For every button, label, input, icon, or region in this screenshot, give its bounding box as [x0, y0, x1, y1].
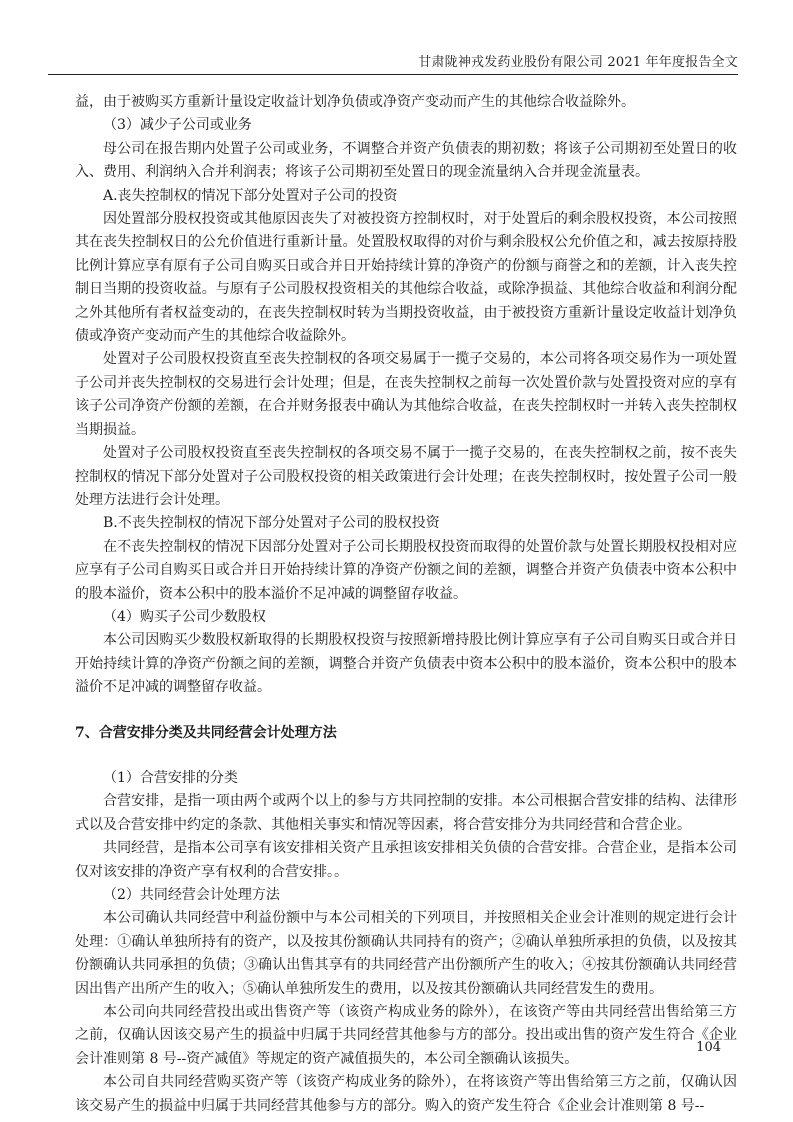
paragraph: 处置对子公司股权投资直至丧失控制权的各项交易属于一揽子交易的，本公司将各项交易作…: [75, 348, 737, 442]
paragraph: 本公司因购买少数股权新取得的长期股权投资与按照新增持股比例计算应享有子公司自购买…: [75, 629, 737, 699]
paragraph: 合营安排，是指一项由两个或两个以上的参与方共同控制的安排。本公司根据合营安排的结…: [75, 790, 737, 837]
spacer: [75, 745, 737, 767]
section-heading-7: 7、合营安排分类及共同经营会计处理方法: [75, 722, 737, 745]
paragraph: 本公司确认共同经营中利益份额中与本公司相关的下列项目，并按照相关企业会计准则的规…: [75, 907, 737, 1001]
paragraph-continuation: 益，由于被购买方重新计量设定收益计划净负债或净资产变动而产生的其他综合收益除外。: [75, 91, 737, 114]
subsection-title-a: A.丧失控制权的情况下部分处置对子公司的投资: [75, 185, 737, 208]
subsection-title-1: （1）合营安排的分类: [75, 767, 737, 790]
document-body: 益，由于被购买方重新计量设定收益计划净负债或净资产变动而产生的其他综合收益除外。…: [75, 91, 737, 1118]
page-header: 甘肃陇神戎发药业股份有限公司 2021 年年度报告全文: [48, 54, 738, 75]
paragraph: 本公司自共同经营购买资产等（该资产构成业务的除外），在将该资产等出售给第三方之前…: [75, 1071, 737, 1118]
paragraph: 处置对子公司股权投资直至丧失控制权的各项交易不属于一揽子交易的，在丧失控制权之前…: [75, 442, 737, 512]
subsection-title-2: （2）共同经营会计处理方法: [75, 884, 737, 907]
subsection-title-3: （3）减少子公司或业务: [75, 114, 737, 137]
paragraph: 在不丧失控制权的情况下因部分处置对子公司长期股权投资而取得的处置价款与处置长期股…: [75, 536, 737, 606]
paragraph: 共同经营，是指本公司享有该安排相关资产且承担该安排相关负债的合营安排。合营企业，…: [75, 837, 737, 884]
spacer: [75, 700, 737, 722]
report-title: 甘肃陇神戎发药业股份有限公司 2021 年年度报告全文: [418, 54, 738, 72]
subsection-title-4: （4）购买子公司少数股权: [75, 606, 737, 629]
paragraph: 本公司向共同经营投出或出售资产等（该资产构成业务的除外），在该资产等由共同经营出…: [75, 1001, 737, 1071]
paragraph: 因处置部分股权投资或其他原因丧失了对被投资方控制权时，对于处置后的剩余股权投资，…: [75, 208, 737, 348]
subsection-title-b: B.不丧失控制权的情况下部分处置对子公司的股权投资: [75, 512, 737, 535]
page-number: 104: [696, 1040, 721, 1055]
paragraph: 母公司在报告期内处置子公司或业务，不调整合并资产负债表的期初数；将该子公司期初至…: [75, 138, 737, 185]
